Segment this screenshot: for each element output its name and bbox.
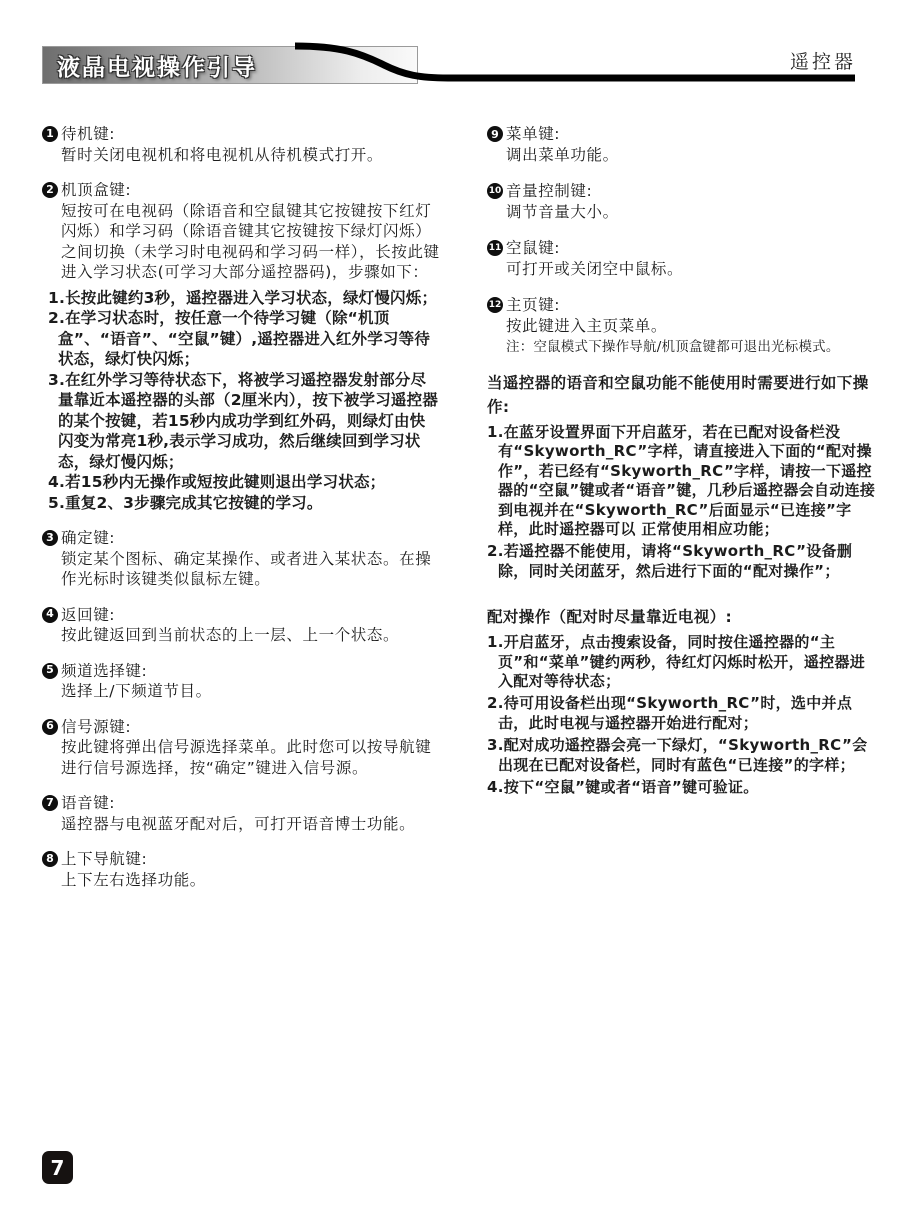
- troubleshoot-step: 2.若遥控器不能使用，请将“Skyworth_RC”设备删除，同时关闭蓝牙，然后…: [487, 542, 879, 581]
- list-item-menu-key: 9 菜单键: 调出菜单功能。: [487, 124, 879, 166]
- item-label: 返回键:: [61, 605, 115, 626]
- pairing-step: 1.开启蓝牙，点击搜索设备，同时按住遥控器的“主页”和“菜单”键约两秒，待红灯闪…: [487, 633, 879, 691]
- item-number-badge: 7: [42, 795, 58, 811]
- item-desc: 按此键返回到当前状态的上一层、上一个状态。: [42, 625, 440, 646]
- item-number-badge: 1: [42, 126, 58, 142]
- item-number-badge: 9: [487, 126, 503, 142]
- item-head: 5 频道选择键:: [42, 661, 440, 682]
- list-item-nav-key: 8 上下导航键: 上下左右选择功能。: [42, 849, 440, 890]
- list-item-back-key: 4 返回键: 按此键返回到当前状态的上一层、上一个状态。: [42, 605, 440, 646]
- item-desc: 暂时关闭电视机和将电视机从待机模式打开。: [42, 145, 440, 166]
- step: 1.长按此键约3秒，遥控器进入学习状态，绿灯慢闪烁；: [42, 288, 440, 309]
- item-label: 确定键:: [61, 528, 115, 549]
- item-label: 空鼠键:: [506, 238, 560, 259]
- item-desc: 上下左右选择功能。: [42, 870, 440, 891]
- pairing-step: 4.按下“空鼠”键或者“语音”键可验证。: [487, 778, 879, 797]
- item-label: 菜单键:: [506, 124, 560, 145]
- item-head: 10 音量控制键:: [487, 181, 879, 202]
- left-column: 1 待机键: 暂时关闭电视机和将电视机从待机模式打开。 2 机顶盒键: 短按可在…: [42, 124, 440, 905]
- pairing-title: 配对操作（配对时尽量靠近电视）:: [487, 605, 879, 629]
- item-head: 7 语音键:: [42, 793, 440, 814]
- item-desc: 选择上/下频道节目。: [42, 681, 440, 702]
- list-item-source-key: 6 信号源键: 按此键将弹出信号源选择菜单。此时您可以按导航键进行信号源选择，按…: [42, 717, 440, 779]
- item-desc: 按此键进入主页菜单。: [487, 316, 879, 337]
- list-item-volume-key: 10 音量控制键: 调节音量大小。: [487, 181, 879, 223]
- item-label: 语音键:: [61, 793, 115, 814]
- item-number-badge: 2: [42, 182, 58, 198]
- list-item-standby: 1 待机键: 暂时关闭电视机和将电视机从待机模式打开。: [42, 124, 440, 165]
- item-label: 上下导航键:: [61, 849, 147, 870]
- item-desc: 短按可在电视码（除语音和空鼠键其它按键按下红灯闪烁）和学习码（除语音键其它按键按…: [42, 201, 440, 283]
- page-number-badge: 7: [42, 1151, 73, 1184]
- pairing-section: 配对操作（配对时尽量靠近电视）: 1.开启蓝牙，点击搜索设备，同时按住遥控器的“…: [487, 605, 879, 797]
- list-item-home-key: 12 主页键: 按此键进入主页菜单。 注：空鼠模式下操作导航/机顶盒键都可退出光…: [487, 295, 879, 356]
- pairing-step: 2.待可用设备栏出现“Skyworth_RC”时，选中并点击，此时电视与遥控器开…: [487, 694, 879, 733]
- manual-page: 液晶电视操作引导 遥控器 1 待机键: 暂时关闭电视机和将电视机从待机模式打开。…: [0, 0, 898, 1229]
- item-number-badge: 12: [487, 297, 503, 313]
- item-label: 主页键:: [506, 295, 560, 316]
- item-head: 4 返回键:: [42, 605, 440, 626]
- item-number-badge: 3: [42, 530, 58, 546]
- step: 4.若15秒内无操作或短按此键则退出学习状态；: [42, 472, 440, 493]
- item-head: 2 机顶盒键:: [42, 180, 440, 201]
- list-item-ok-key: 3 确定键: 锁定某个图标、确定某操作、或者进入某状态。在操作光标时该键类似鼠标…: [42, 528, 440, 590]
- item-head: 12 主页键:: [487, 295, 879, 316]
- troubleshoot-section: 当遥控器的语音和空鼠功能不能使用时需要进行如下操作: 1.在蓝牙设置界面下开启蓝…: [487, 371, 879, 581]
- item-head: 11 空鼠键:: [487, 238, 879, 259]
- item-label: 频道选择键:: [61, 661, 147, 682]
- item-number-badge: 10: [487, 183, 503, 199]
- item-number-badge: 11: [487, 240, 503, 256]
- item-label: 音量控制键:: [506, 181, 592, 202]
- item-head: 1 待机键:: [42, 124, 440, 145]
- list-item-settop-box: 2 机顶盒键: 短按可在电视码（除语音和空鼠键其它按键按下红灯闪烁）和学习码（除…: [42, 180, 440, 513]
- item-desc: 遥控器与电视蓝牙配对后，可打开语音博士功能。: [42, 814, 440, 835]
- step: 5.重复2、3步骤完成其它按键的学习。: [42, 493, 440, 514]
- item-number-badge: 4: [42, 607, 58, 623]
- list-item-voice-key: 7 语音键: 遥控器与电视蓝牙配对后，可打开语音博士功能。: [42, 793, 440, 834]
- item-head: 6 信号源键:: [42, 717, 440, 738]
- step: 3.在红外学习等待状态下，将被学习遥控器发射部分尽量靠近本遥控器的头部（2厘米内…: [42, 370, 440, 473]
- item-desc: 按此键将弹出信号源选择菜单。此时您可以按导航键进行信号源选择，按“确定”键进入信…: [42, 737, 440, 778]
- page-title: 液晶电视操作引导: [57, 49, 337, 82]
- pairing-step: 3.配对成功遥控器会亮一下绿灯，“Skyworth_RC”会出现在已配对设备栏，…: [487, 736, 879, 775]
- item-label: 待机键:: [61, 124, 115, 145]
- item-desc: 可打开或关闭空中鼠标。: [487, 259, 879, 280]
- learning-steps: 1.长按此键约3秒，遥控器进入学习状态，绿灯慢闪烁； 2.在学习状态时，按任意一…: [42, 288, 440, 514]
- item-number-badge: 8: [42, 851, 58, 867]
- item-desc: 调出菜单功能。: [487, 145, 879, 166]
- home-key-note: 注：空鼠模式下操作导航/机顶盒键都可退出光标模式。: [487, 338, 879, 356]
- item-desc: 锁定某个图标、确定某操作、或者进入某状态。在操作光标时该键类似鼠标左键。: [42, 549, 440, 590]
- item-head: 8 上下导航键:: [42, 849, 440, 870]
- item-number-badge: 5: [42, 663, 58, 679]
- item-desc: 调节音量大小。: [487, 202, 879, 223]
- right-column: 9 菜单键: 调出菜单功能。 10 音量控制键: 调节音量大小。 11 空鼠键:…: [487, 124, 879, 801]
- item-number-badge: 6: [42, 719, 58, 735]
- item-label: 信号源键:: [61, 717, 131, 738]
- item-head: 9 菜单键:: [487, 124, 879, 145]
- list-item-airmouse-key: 11 空鼠键: 可打开或关闭空中鼠标。: [487, 238, 879, 280]
- list-item-channel-key: 5 频道选择键: 选择上/下频道节目。: [42, 661, 440, 702]
- troubleshoot-step: 1.在蓝牙设置界面下开启蓝牙，若在已配对设备栏没有“Skyworth_RC”字样…: [487, 423, 879, 539]
- step: 2.在学习状态时，按任意一个待学习键（除“机顶盒”、“语音”、“空鼠”键）,遥控…: [42, 308, 440, 370]
- troubleshoot-title: 当遥控器的语音和空鼠功能不能使用时需要进行如下操作:: [487, 371, 879, 419]
- item-head: 3 确定键:: [42, 528, 440, 549]
- item-label: 机顶盒键:: [61, 180, 131, 201]
- section-subject-label: 遥控器: [790, 47, 856, 74]
